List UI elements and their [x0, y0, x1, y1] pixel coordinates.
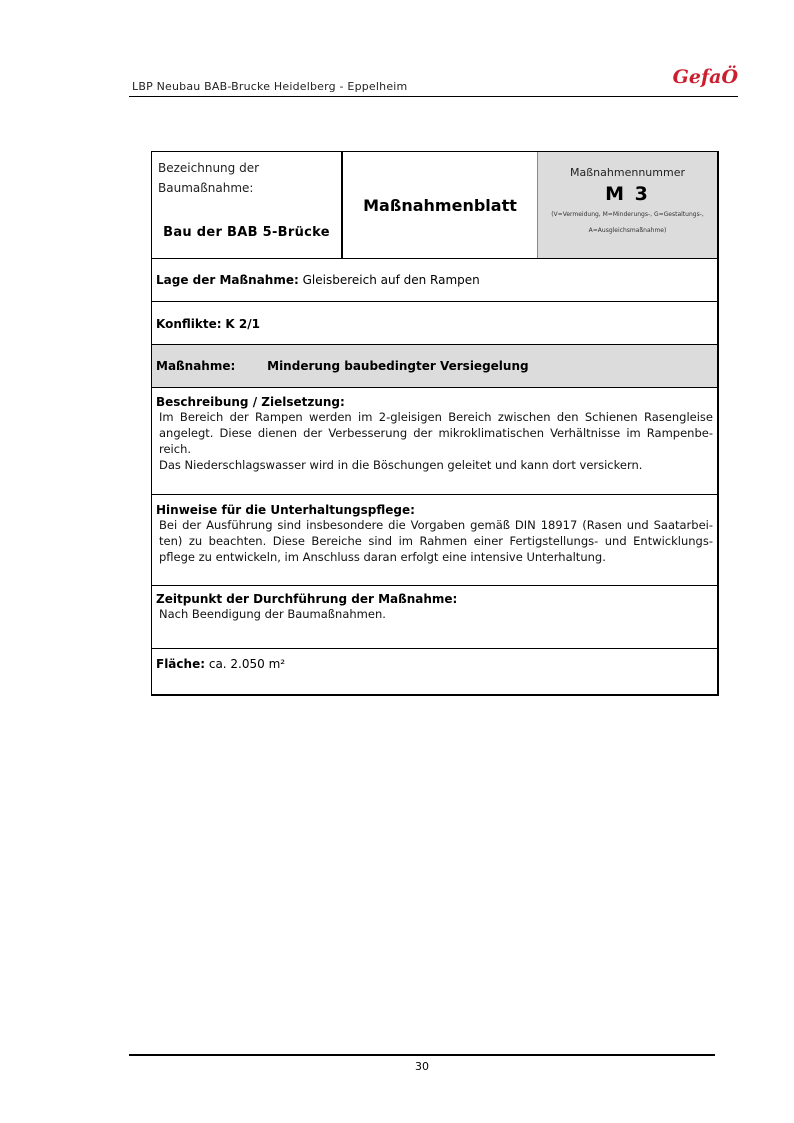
measure-number-label: Maßnahmennummer [538, 166, 717, 179]
measure-row: Maßnahme: Minderung baubedingter Versieg… [152, 345, 717, 388]
area-value: ca. 2.050 m² [209, 657, 285, 671]
location-value: Gleisbereich auf den Rampen [303, 273, 480, 287]
sheet-title-cell: Maßnahmenblatt [343, 152, 538, 258]
header-divider [129, 96, 738, 97]
measure-number-value: M 3 [538, 183, 717, 205]
description-row: Beschreibung / Zielsetzung: Im Bereich d… [152, 388, 717, 495]
area-row: Fläche: ca. 2.050 m² [152, 649, 717, 694]
timing-paragraph: Nach Beendigung der Baumaßnahmen. [159, 606, 713, 622]
maintenance-notes-text: Bei der Ausführung sind insbesondere die… [156, 517, 713, 565]
measure-number-cell: Maßnahmennummer M 3 (V=Vermeidung, M=Min… [538, 152, 717, 258]
conflicts-row: Konflikte: K 2/1 [152, 302, 717, 345]
conflicts-value: K 2/1 [225, 317, 260, 331]
measure-type-legend: (V=Vermeidung, M=Minderungs-, G=Gestaltu… [538, 207, 717, 239]
timing-key: Zeitpunkt der Durchführung der Maßnahme: [156, 592, 713, 606]
footer-divider [129, 1054, 715, 1056]
construction-name-cell: Bezeichnung der Baumaßnahme: Bau der BAB… [152, 152, 343, 258]
location-key: Lage der Maßnahme: [156, 273, 299, 287]
measure-key: Maßnahme: [156, 359, 235, 373]
area-key: Fläche: [156, 657, 205, 671]
construction-name-label: Bezeichnung der Baumaßnahme: [158, 158, 335, 198]
location-row: Lage der Maßnahme: Gleisbereich auf den … [152, 259, 717, 302]
description-paragraph: Im Bereich der Rampen werden im 2-gleisi… [159, 409, 713, 457]
timing-text: Nach Beendigung der Baumaßnahmen. [156, 606, 713, 622]
conflicts-key: Konflikte: [156, 317, 222, 331]
maintenance-notes-row: Hinweise für die Unterhaltungspflege: Be… [152, 495, 717, 586]
document-title: LBP Neubau BAB-Brucke Heidelberg - Eppel… [132, 80, 407, 93]
construction-name-value: Bau der BAB 5-Brücke [152, 225, 341, 240]
description-text: Im Bereich der Rampen werden im 2-gleisi… [156, 409, 713, 473]
maintenance-notes-paragraph: Bei der Ausführung sind insbesondere die… [159, 517, 713, 565]
sheet-title: Maßnahmenblatt [363, 196, 517, 215]
timing-row: Zeitpunkt der Durchführung der Maßnahme:… [152, 586, 717, 649]
description-paragraph: Das Niederschlagswasser wird in die Bösc… [159, 457, 713, 473]
page-number: 30 [0, 1060, 794, 1073]
measure-sheet: Bezeichnung der Baumaßnahme: Bau der BAB… [151, 151, 719, 696]
company-logo: GefaÖ [673, 66, 738, 88]
maintenance-notes-key: Hinweise für die Unterhaltungspflege: [156, 503, 713, 517]
sheet-header-row: Bezeichnung der Baumaßnahme: Bau der BAB… [152, 152, 717, 259]
measure-value: Minderung baubedingter Versiegelung [267, 359, 528, 373]
description-key: Beschreibung / Zielsetzung: [156, 395, 713, 409]
